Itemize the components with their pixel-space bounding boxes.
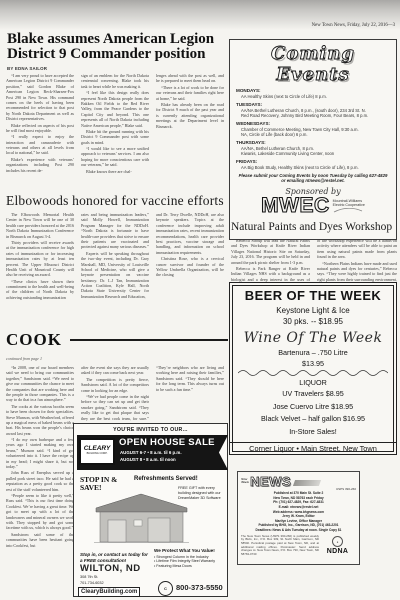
ad-invite-line: YOU'RE INVITED TO OUR...	[74, 427, 227, 433]
elbowoods-column-1: The Elbowoods Memorial Health Center in …	[6, 212, 74, 326]
article-paragraph: “I really expect to enjoy the interactio…	[6, 134, 74, 156]
blake-byline: BY EDNA SAILOR	[7, 66, 47, 71]
refreshments-line: Refreshments Served!	[134, 476, 198, 482]
article-paragraph: “I am very proud to have accepted the Am…	[6, 73, 74, 122]
page-folio: New Town News, Friday, July 22, 2016—3	[312, 23, 395, 28]
article-paragraph: Christina Rose, who is a cervical cancer…	[156, 256, 224, 278]
article-paragraph: Blake has already been on the road for D…	[156, 102, 224, 129]
consultation-line: Stop in, or contact us today for a FREE …	[80, 552, 148, 563]
article-paragraph: of the workshop experience will be a han…	[317, 238, 397, 260]
ad-inner-border	[232, 285, 394, 452]
masthead-box: New Town NEWS USPS 390-260 Published at …	[237, 471, 360, 565]
natural-paints-headline: Natural Paints and Dyes Workshop	[231, 221, 397, 233]
article-paragraph: “In 2008, one of our board members said …	[6, 365, 74, 403]
article-paragraph: “People seem to like it pretty well,” Ru…	[6, 493, 74, 531]
events-day-wednesday: WEDNESDAYS: Chamber of Commerce Meeting,…	[236, 121, 390, 137]
article-paragraph: The Elbowoods Memorial Health Center in …	[6, 212, 74, 239]
article-paragraph: Blake’s experience with veterans’ organi…	[6, 157, 74, 173]
event-item: AA Big Book Study, Healthy Skins (next t…	[236, 165, 390, 170]
blake-column-1: “I am very proud to have accepted the Am…	[6, 73, 74, 191]
events-day-monday: MONDAYS: AA Healthy Skins (next to Circl…	[236, 88, 390, 99]
event-item: Red Road Recovery, Johnny Bird Meeting R…	[236, 113, 390, 118]
ndna-logo: NDNA	[327, 548, 348, 555]
masthead-line: Deadlines: News & Ads Tuesday at noon. S…	[241, 528, 356, 533]
pole-barn-illustration	[94, 490, 189, 548]
article-paragraph: lenges ahead with the post as well, and …	[156, 73, 224, 84]
touchstone-swoosh-icon	[333, 208, 363, 213]
open-house-date-2: AUGUST 8 • 8 a.m. til noon	[120, 457, 176, 462]
mwec-logo: MWEC	[261, 197, 330, 216]
elbowoods-headline: Elbowoods honored for vaccine efforts	[6, 193, 230, 209]
events-day-tuesday: TUESDAYS: AA/NA Bethel Lutheran Church, …	[236, 102, 390, 118]
paper-name-small: New Town	[241, 478, 249, 485]
cleary-toll-free: 800-373-5550	[176, 583, 223, 592]
cook-headline-row: COOK	[6, 330, 228, 350]
article-paragraph: rates and being immunization leaders,” s…	[81, 212, 149, 250]
cook-column-2: after the event she says they are usuall…	[81, 365, 149, 422]
usps-number: USPS 390-260	[336, 487, 356, 491]
cook-continued-note: continued from page 1	[6, 356, 42, 361]
article-paragraph: Experts will be speaking throughout the …	[81, 251, 149, 300]
feature-item: Featuring Mesa Doors	[154, 564, 224, 568]
masthead-bottom-row: The New Town News (USPS 390-260) is publ…	[241, 535, 356, 557]
article-paragraph: “They’re neighbors who are living and wo…	[156, 365, 224, 392]
article-paragraph: “We’ve had people come in the night befo…	[81, 394, 149, 422]
cook-headline: COOK	[6, 330, 62, 350]
cook-column-1: “In 2008, one of our board members said …	[6, 365, 74, 597]
masthead-fine-print: The New Town News (USPS 390-260) is publ…	[241, 535, 319, 557]
blake-column-3: lenges ahead with the post as well, and …	[156, 73, 224, 191]
cleary-city: WILTON, ND	[80, 563, 141, 574]
cleary-phone: 701-734-6032	[80, 581, 104, 585]
masthead-info-lines: Published at 370 Main St. Suite 2 New To…	[241, 491, 356, 533]
events-day-friday: FRIDAYS: AA Big Book Study, Healthy Skin…	[236, 159, 390, 170]
press-association-seal-icon: ●	[332, 536, 343, 547]
cleary-logo: CLEARY BUILDING CORP.	[79, 438, 115, 465]
article-paragraph: “I feel like this design really does rep…	[81, 90, 149, 128]
article-paragraph: Sandstrom said some of the communities h…	[6, 532, 74, 548]
cook-column-3: “They’re neighbors who are living and wo…	[156, 365, 224, 414]
article-paragraph: and Dr. Terry Dwelle, NDDoH, are also ke…	[156, 212, 224, 255]
events-submission-note: Please submit your Coming Events by noon…	[236, 173, 390, 184]
article-paragraph: Blake hit the ground running with his Di…	[81, 129, 149, 145]
article-paragraph: Rebecca Stroup will lead the Natural Pai…	[231, 238, 310, 265]
blake-headline: Blake assumes American Legion District 9…	[7, 32, 240, 63]
article-paragraph: The cooks at the various booths seem to …	[6, 404, 74, 436]
liquor-store-name: Corner Liquor • Main Street, New Town	[230, 442, 396, 454]
open-house-date-1: AUGUST 6-7 • 8 a.m. til 6 p.m.	[120, 450, 182, 455]
events-day-thursday: THURSDAYS: AA/NA, Bethel Lutheran Church…	[236, 140, 390, 156]
logo-flag-graphic	[293, 480, 321, 486]
headline-rule	[70, 339, 228, 342]
cleary-seal-icon: C	[158, 581, 173, 596]
cleary-website: ClearyBuilding.com	[78, 587, 140, 597]
article-paragraph: “I would like to see a more unified appr…	[81, 146, 149, 168]
article-paragraph: after the event she says they are usuall…	[81, 365, 149, 376]
article-paragraph: “I do my own barbeque and a few years ag…	[6, 437, 74, 469]
cleary-feature-list: Strongest Column in the Industry Lifetim…	[154, 555, 224, 568]
article-paragraph: Blake reflected on aspects of his post h…	[6, 123, 74, 134]
coming-events-box: Coming Events MONDAYS: AA Healthy Skins …	[229, 39, 397, 240]
elbowoods-column-2: rates and being immunization leaders,” s…	[81, 212, 149, 326]
open-house-title: OPEN HOUSE SALE	[119, 437, 223, 448]
article-paragraph: Blake knows there are chal-	[81, 169, 149, 174]
association-logos: ● NDNA	[319, 535, 356, 557]
blake-column-2: sign of an emblem for the North Dakota c…	[81, 73, 149, 191]
article-paragraph: “There is a lot of work to be done for o…	[156, 85, 224, 101]
sponsor-name: Mountrail-Williams Electric Cooperative	[333, 199, 365, 214]
sponsor-logo-row: MWEC Mountrail-Williams Electric Coopera…	[236, 197, 390, 216]
article-paragraph: Thirty providers will receive awards at …	[6, 240, 74, 278]
elbowoods-column-3: and Dr. Terry Dwelle, NDDoH, are also ke…	[156, 212, 224, 326]
event-item: AA Healthy Skins (next to Circle of Life…	[236, 94, 390, 99]
protect-tagline: We Protect What You Value!	[154, 548, 215, 553]
coming-events-title: Coming Events	[236, 43, 390, 85]
beer-of-week-ad: BEER OF THE WEEK Keystone Light & Ice 30…	[229, 282, 397, 455]
masthead-logo-row: New Town NEWS	[241, 474, 356, 488]
article-paragraph: John Russ of Enerplus served up a pulled…	[6, 470, 74, 492]
cleary-address: 308 7th St.	[80, 575, 98, 579]
article-paragraph: The competition is pretty fierce, Sandst…	[81, 377, 149, 393]
article-paragraph: sign of an emblem for the North Dakota c…	[81, 73, 149, 89]
newspaper-page: New Town News, Friday, July 22, 2016—3 B…	[0, 0, 400, 600]
event-item: Kiwanis, Lakeside Community Living Cente…	[236, 151, 390, 156]
cleary-open-house-ad: YOU'RE INVITED TO OUR... OPEN HOUSE SALE…	[73, 423, 228, 597]
article-paragraph: “These clinics have shown their commitme…	[6, 279, 74, 301]
event-item: NA, Circle of Life (back door) 6 p.m.	[236, 132, 390, 137]
news-logo: NEWS	[250, 475, 291, 488]
